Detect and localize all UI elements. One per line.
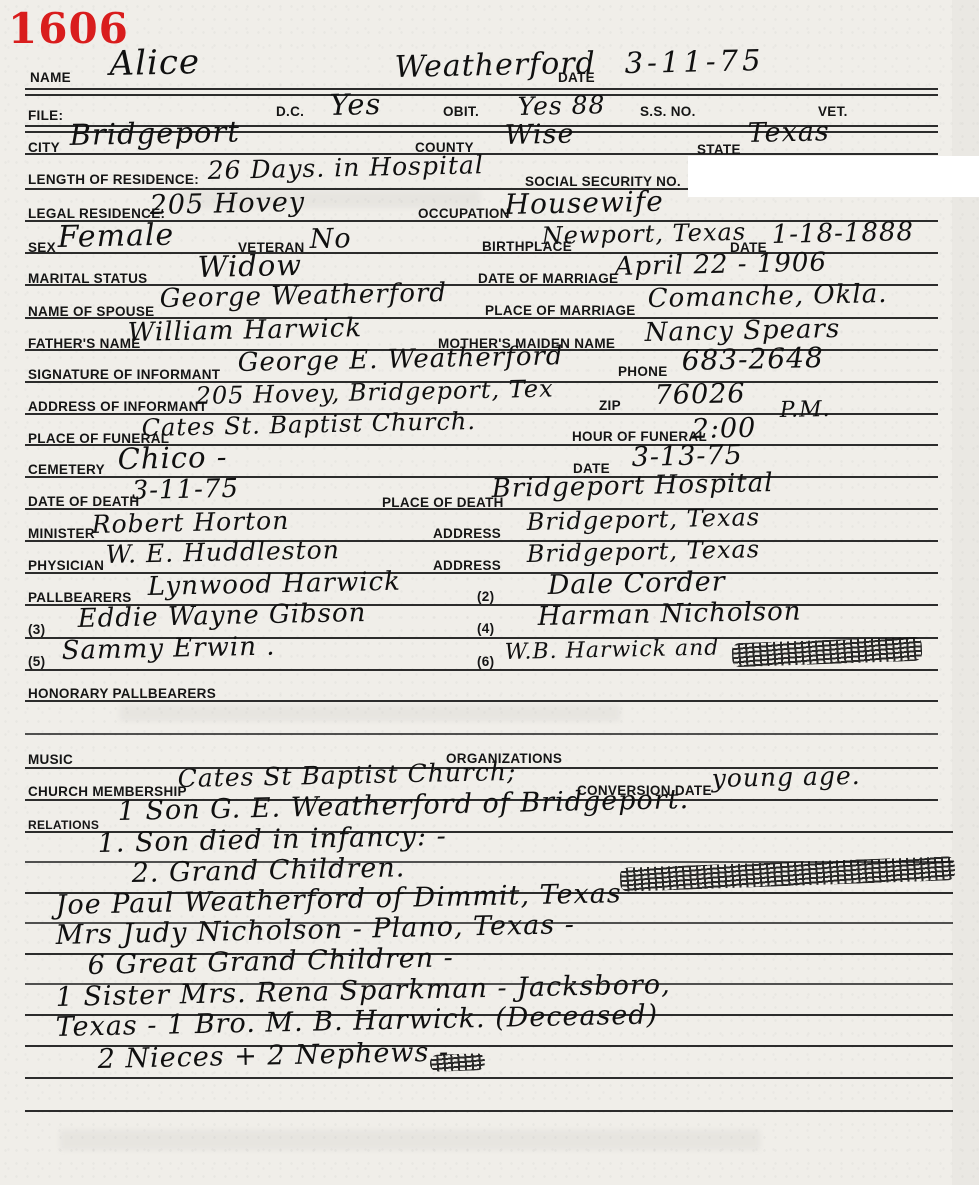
scan-artifact	[60, 1130, 760, 1150]
cemetery-label: CEMETERY	[28, 462, 105, 477]
minister-label: MINISTER	[28, 526, 95, 541]
file-label: FILE:	[28, 108, 63, 123]
scratched-out-scribble	[732, 637, 923, 668]
zip-value: 76026	[654, 378, 746, 411]
state-label: STATE	[697, 142, 741, 157]
physician-address-value: Bridgeport, Texas	[526, 535, 760, 568]
informant-address-label: ADDRESS OF INFORMANT	[28, 399, 207, 414]
honorary-pallbearers-label: HONORARY PALLBEARERS	[28, 686, 216, 701]
obit-value: Yes 88	[517, 90, 605, 121]
ruled-line	[25, 733, 938, 735]
sex-value: Female	[57, 218, 174, 255]
ruled-line	[25, 1110, 953, 1112]
physician-label: PHYSICIAN	[28, 558, 104, 573]
residence-value: 26 Days. in Hospital	[207, 150, 484, 185]
informant-signature-label: SIGNATURE OF INFORMANT	[28, 367, 220, 382]
ruled-line	[25, 94, 938, 96]
physician-value: W. E. Huddleston	[105, 535, 340, 569]
church-membership-value: Cates St Baptist Church;	[177, 757, 516, 793]
cemetery-value: Chico -	[117, 440, 228, 476]
scan-artifact	[120, 705, 620, 721]
pallbearer-6-label: (6)	[477, 654, 494, 669]
father-name-value: William Harwick	[127, 313, 362, 348]
zip-label: ZIP	[599, 398, 621, 413]
relations-line-9: 2 Nieces + 2 Nephews -	[97, 1037, 449, 1075]
music-label: MUSIC	[28, 752, 73, 767]
marriage-place-value: Comanche, Okla.	[647, 279, 887, 314]
minister-value: Robert Horton	[91, 506, 289, 539]
pallbearer-3-label: (3)	[28, 622, 45, 637]
pallbearer-2-value: Dale Corder	[547, 566, 726, 601]
ruled-line	[25, 669, 938, 671]
funeral-ampm-value: P.M.	[779, 397, 830, 423]
pallbearer-5-label: (5)	[28, 654, 45, 669]
pallbearer-4-value: Harman Nicholson	[537, 596, 801, 632]
pallbearer-6-value: W.B. Harwick and	[504, 636, 719, 665]
city-label: CITY	[28, 140, 60, 155]
sex-label: SEX	[28, 240, 56, 255]
residence-label: LENGTH OF RESIDENCE:	[28, 172, 199, 187]
spouse-label: NAME OF SPOUSE	[28, 304, 154, 319]
pallbearer-2-label: (2)	[477, 589, 494, 604]
pallbearer-1-value: Lynwood Harwick	[147, 567, 401, 602]
marital-status-value: Widow	[197, 248, 302, 284]
dc-value: Yes	[329, 87, 381, 122]
marriage-date-value: April 22 - 1906	[614, 248, 827, 282]
ruled-line	[25, 1077, 953, 1079]
physician-address-label: ADDRESS	[433, 558, 501, 573]
pallbearer-4-label: (4)	[477, 621, 494, 636]
obit-label: OBIT.	[443, 104, 479, 119]
minister-address-label: ADDRESS	[433, 526, 501, 541]
death-date-label: DATE OF DEATH	[28, 494, 139, 509]
informant-signature-value: George E. Weatherford	[237, 341, 563, 378]
phone-label: PHONE	[618, 364, 668, 379]
veteran-value: No	[309, 223, 352, 255]
birthplace-value: Newport, Texas	[541, 218, 746, 250]
occupation-label: OCCUPATION	[418, 206, 510, 221]
state-value: Texas	[747, 116, 830, 149]
date-label: DATE	[558, 70, 595, 85]
city-value: Bridgeport	[69, 114, 240, 152]
ssno-label: S.S. NO.	[640, 104, 696, 119]
scan-whiteout-band	[688, 156, 979, 197]
cemetery-date-value: 3-13-75	[631, 440, 743, 473]
father-name-label: FATHER'S NAME	[28, 336, 141, 351]
relations-label: RELATIONS	[28, 818, 99, 832]
county-value: Wise	[504, 119, 574, 151]
scratched-out-scribble	[430, 1053, 486, 1072]
date-value: 3-11-75	[624, 43, 765, 80]
conversion-date-value: young age.	[711, 761, 861, 793]
death-place-label: PLACE OF DEATH	[382, 495, 504, 510]
name-label: NAME	[30, 70, 71, 85]
informant-address-value: 205 Hovey, Bridgeport, Tex	[195, 375, 554, 410]
funeral-place-value: Cates St. Baptist Church.	[141, 407, 476, 442]
pallbearer-3-value: Eddie Wayne Gibson	[77, 598, 366, 634]
legal-residence-value: 205 Hovey	[149, 187, 305, 221]
birthdate-value: 1-18-1888	[771, 217, 914, 250]
pallbearer-5-value: Sammy Erwin .	[61, 632, 275, 666]
death-date-value: 3-11-75	[131, 474, 239, 506]
marital-status-label: MARITAL STATUS	[28, 271, 147, 286]
minister-address-value: Bridgeport, Texas	[526, 503, 760, 536]
funeral-record-card: 1606 NAME Alice Weatherford DATE 3-11-75…	[0, 0, 979, 1185]
marriage-date-label: DATE OF MARRIAGE	[478, 271, 618, 286]
name-first-value: Alice	[109, 42, 200, 84]
ruled-line	[25, 88, 938, 90]
occupation-value: Housewife	[504, 185, 664, 221]
marriage-place-label: PLACE OF MARRIAGE	[485, 303, 636, 318]
phone-value: 683-2648	[681, 341, 824, 377]
dc-label: D.C.	[276, 104, 304, 119]
spouse-value: George Weatherford	[159, 278, 447, 314]
death-place-value: Bridgeport Hospital	[491, 468, 773, 504]
